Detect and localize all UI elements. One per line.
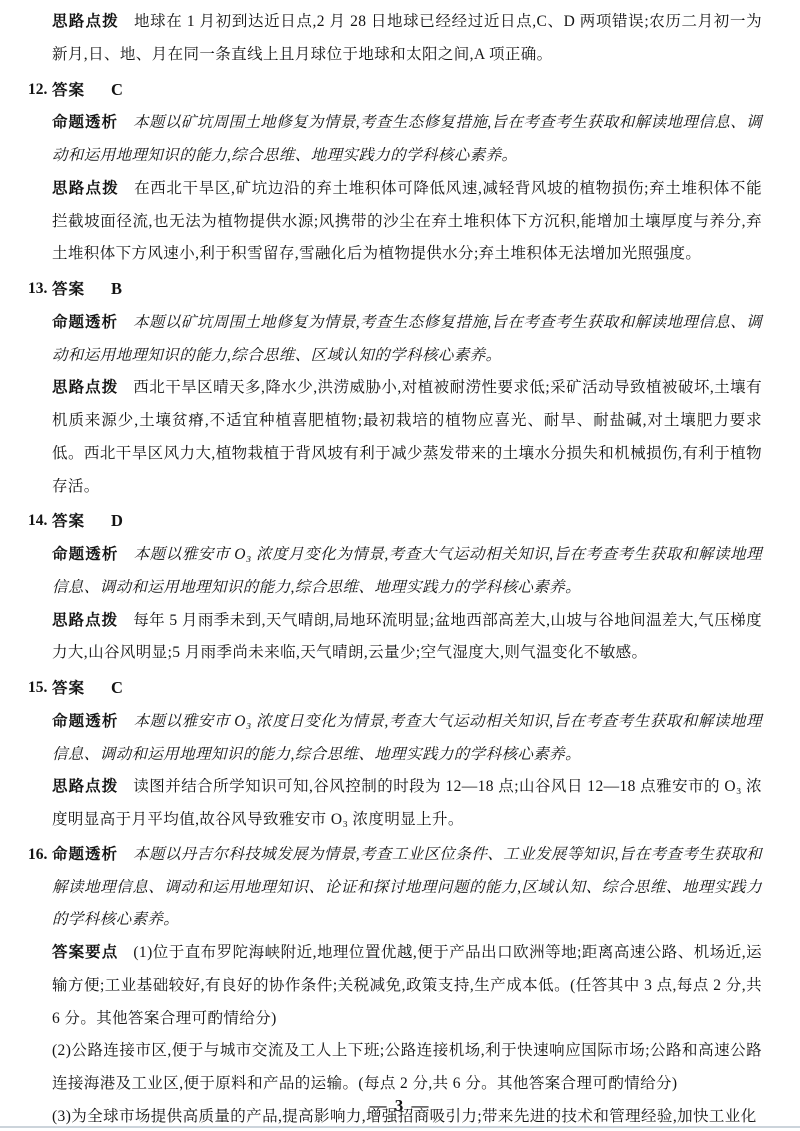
item13-tips: 思路点拨西北干旱区晴天多,降水少,洪涝威胁小,对植被耐涝性要求低;采矿活动导致植… — [52, 372, 762, 503]
item11-tips: 思路点拨地球在 1 月初到达近日点,2 月 28 日地球已经经过近日点,C、D … — [52, 6, 762, 72]
section-label: 答案 — [52, 513, 85, 530]
answer-key-page: 思路点拨地球在 1 月初到达近日点,2 月 28 日地球已经经过近日点,C、D … — [0, 0, 800, 1131]
item14-tips: 思路点拨每年 5 月雨季未到,天气晴朗,局地环流明显;盆地西部高差大,山坡与谷地… — [52, 605, 762, 671]
paragraph-text: 本题以丹吉尔科技城发展为情景,考查工业区位条件、工业发展等知识,旨在考查考生获取… — [52, 846, 762, 929]
item-number: 14. — [28, 505, 52, 538]
section-label: 思路点拨 — [52, 778, 118, 795]
item15-analysis: 命题透析本题以雅安市 O₃ 浓度日变化为情景,考查大气运动相关知识,旨在考查考生… — [52, 706, 762, 772]
answer-letter: C — [111, 80, 123, 99]
answer-key-content: 思路点拨地球在 1 月初到达近日点,2 月 28 日地球已经经过近日点,C、D … — [52, 6, 762, 1131]
item12-analysis: 命题透析本题以矿坑周围土地修复为情景,考查生态修复措施,旨在考查考生获取和解读地… — [52, 107, 762, 173]
section-label: 答案 — [52, 281, 85, 298]
paragraph-text: 在西北干旱区,矿坑边沿的弃土堆积体可降低风速,减轻背风坡的植物损伤;弃土堆积体不… — [52, 180, 762, 263]
bottom-divider — [0, 1126, 800, 1128]
item13-analysis: 命题透析本题以矿坑周围土地修复为情景,考查生态修复措施,旨在考查考生获取和解读地… — [52, 307, 762, 373]
item12-tips: 思路点拨在西北干旱区,矿坑边沿的弃土堆积体可降低风速,减轻背风坡的植物损伤;弃土… — [52, 173, 762, 271]
paragraph-text: 地球在 1 月初到达近日点,2 月 28 日地球已经经过近日点,C、D 两项错误… — [52, 13, 762, 63]
section-label: 思路点拨 — [52, 13, 119, 30]
section-label: 答案 — [52, 82, 85, 99]
item15-answer: 15.答案C — [52, 672, 762, 706]
section-label: 命题透析 — [52, 546, 119, 563]
section-label: 命题透析 — [52, 846, 118, 863]
item14-analysis: 命题透析本题以雅安市 O₃ 浓度月变化为情景,考查大气运动相关知识,旨在考查考生… — [52, 539, 762, 605]
section-label: 思路点拨 — [52, 180, 119, 197]
item16-analysis: 16.命题透析本题以丹吉尔科技城发展为情景,考查工业区位条件、工业发展等知识,旨… — [52, 839, 762, 937]
answer-letter: B — [111, 279, 122, 298]
section-label: 思路点拨 — [52, 379, 118, 396]
item-number: 15. — [28, 672, 52, 705]
item14-answer: 14.答案D — [52, 505, 762, 539]
item16-answer-points: 答案要点(1)位于直布罗陀海峡附近,地理位置优越,便于产品出口欧洲等地;距离高速… — [52, 937, 762, 1035]
item15-tips: 思路点拨读图并结合所学知识可知,谷风控制的时段为 12—18 点;山谷风日 12… — [52, 771, 762, 837]
answer-letter: C — [111, 678, 123, 697]
paragraph-text: (2)公路连接市区,便于与城市交流及工人上下班;公路连接机场,利于快速响应国际市… — [52, 1042, 762, 1092]
item16-point-2: (2)公路连接市区,便于与城市交流及工人上下班;公路连接机场,利于快速响应国际市… — [52, 1035, 762, 1101]
paragraph-text: 读图并结合所学知识可知,谷风控制的时段为 12—18 点;山谷风日 12—18 … — [52, 778, 762, 828]
section-label: 答案 — [52, 680, 85, 697]
paragraph-text: 本题以雅安市 O₃ 浓度月变化为情景,考查大气运动相关知识,旨在考查考生获取和解… — [52, 546, 762, 596]
item13-answer: 13.答案B — [52, 273, 762, 307]
paragraph-text: (1)位于直布罗陀海峡附近,地理位置优越,便于产品出口欧洲等地;距离高速公路、机… — [52, 944, 762, 1027]
section-label: 思路点拨 — [52, 612, 118, 629]
paragraph-text: 本题以矿坑周围土地修复为情景,考查生态修复措施,旨在考查考生获取和解读地理信息、… — [52, 114, 762, 164]
answer-letter: D — [111, 511, 123, 530]
section-label: 命题透析 — [52, 713, 119, 730]
paragraph-text: 西北干旱区晴天多,降水少,洪涝威胁小,对植被耐涝性要求低;采矿活动导致植被破坏,… — [52, 379, 762, 494]
paragraph-text: 本题以雅安市 O₃ 浓度日变化为情景,考查大气运动相关知识,旨在考查考生获取和解… — [52, 713, 762, 763]
page-number: — 3 — — [0, 1096, 800, 1116]
item-number: 13. — [28, 273, 52, 306]
item-number: 12. — [28, 74, 52, 107]
section-label: 命题透析 — [52, 314, 118, 331]
paragraph-text: 本题以矿坑周围土地修复为情景,考查生态修复措施,旨在考查考生获取和解读地理信息、… — [52, 314, 762, 364]
paragraph-text: 每年 5 月雨季未到,天气晴朗,局地环流明显;盆地西部高差大,山坡与谷地间温差大… — [52, 612, 762, 662]
section-label: 命题透析 — [52, 114, 118, 131]
item12-answer: 12.答案C — [52, 74, 762, 108]
section-label: 答案要点 — [52, 944, 118, 961]
item-number: 16. — [28, 839, 52, 872]
